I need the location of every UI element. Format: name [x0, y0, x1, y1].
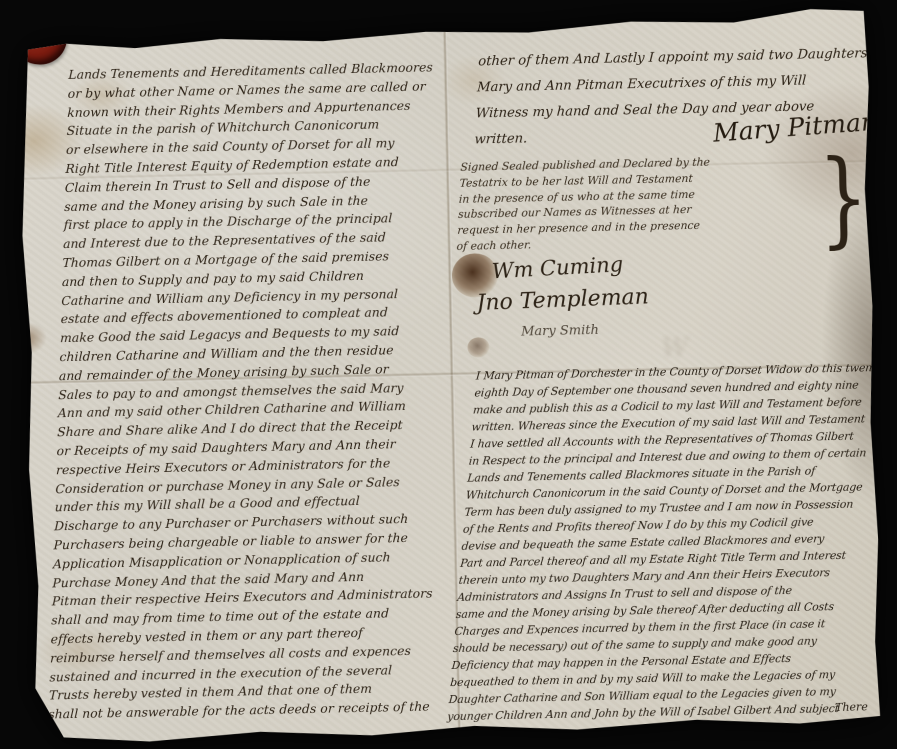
- will-left-column: Lands Tenements and Hereditaments called…: [48, 57, 491, 724]
- witness-signature-cuming: Wm Cuming: [491, 252, 624, 283]
- catchword: There: [835, 700, 868, 714]
- manuscript-paper-wrapper: W Lands Tenements and Hereditaments call…: [14, 0, 885, 747]
- photograph-background: W Lands Tenements and Hereditaments call…: [0, 0, 897, 749]
- witness-signature-smith: Mary Smith: [521, 323, 599, 340]
- attestation-brace: }: [818, 145, 870, 250]
- red-wax-seal: [14, 16, 67, 65]
- codicil-block: I Mary Pitman of Dorchester in the Count…: [447, 358, 897, 725]
- attestation-clause: Signed Sealed published and Declared by …: [456, 152, 813, 254]
- ink-showthrough-ghost: W: [661, 333, 688, 364]
- witness-signature-templeman: Jno Templeman: [476, 284, 649, 316]
- manuscript-paper: W Lands Tenements and Hereditaments call…: [14, 0, 885, 747]
